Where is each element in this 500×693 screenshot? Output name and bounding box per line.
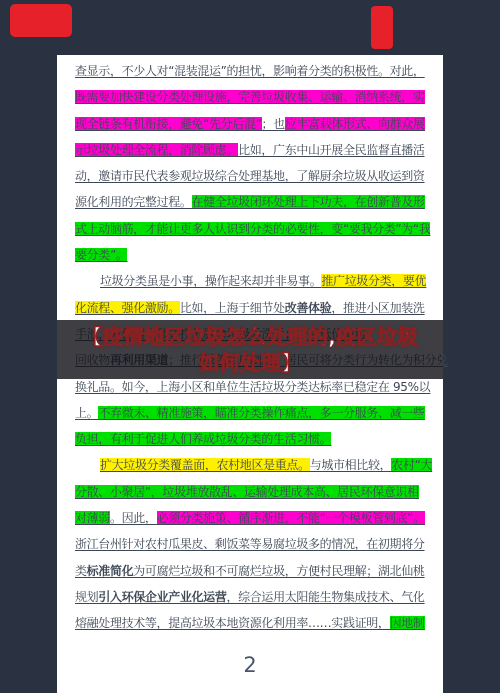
text-segment: ，推进小区加装洗 [331, 301, 424, 315]
viewer-canvas: 查显示，不少人对“混装混运”的担忧，影响着分类的积极性。对此，既需要加快建设分类… [0, 0, 500, 693]
text-segment: 换礼品。如今，上海小区和单位生活垃圾分类达标率已稳定在 95%以 [75, 380, 430, 394]
text-line: 对薄弱。因此，必须分类施策、循序渐进，不能“一个模板管到底”。 [75, 505, 426, 531]
text-line: 类标准简化为可腐烂垃圾和不可腐烂垃圾，方便村民理解；湖北仙桃 [75, 558, 426, 584]
watermark-overlay: 【疫情地区垃圾怎么处理的,疫区垃圾 如何处理】 [57, 320, 443, 379]
page-number: 2 [57, 653, 443, 677]
text-segment: 浙江台州针对农村瓜果皮、剩饭菜等易腐垃圾多的情况，在初期将分 [75, 537, 425, 551]
text-segment: 对薄弱 [75, 511, 110, 525]
text-segment: 不弃微末、精准施策，瞄准分类操作痛点，多一分服务、减一些 [98, 406, 424, 420]
text-segment: 农村“大 [391, 458, 432, 472]
document-page: 查显示，不少人对“混装混运”的担忧，影响着分类的积极性。对此，既需要加快建设分类… [57, 55, 443, 693]
text-segment: 负担，有利于促进人们养成垃圾分类的生活习惯。 [75, 432, 331, 446]
text-segment: 为可腐烂垃圾和不可腐烂垃圾，方便村民理解；湖北仙桃 [133, 564, 424, 578]
text-segment: 现全链条有机衔接，避免“先分后混” [75, 117, 262, 131]
text-segment: 要分类”。 [75, 248, 127, 262]
text-segment: 扩大垃圾分类覆盖面，农村地区是重点。 [100, 458, 310, 472]
text-line: 式上动脑筋，才能让更多人认识到分类的必要性，变“要我分类”为“我 [75, 216, 426, 242]
text-line: 负担，有利于促进人们养成垃圾分类的生活习惯。 [75, 426, 426, 452]
text-line: 既需要加快建设分类处理设施，完善垃圾收集、运输、消纳系统，实 [75, 84, 426, 110]
text-segment: 垃圾分类虽是小事，操作起来却并非易事。 [100, 274, 321, 288]
text-line: 现全链条有机衔接，避免“先分后混”；也应丰富载体形式、向群众展 [75, 111, 426, 137]
text-segment: 熔融处理技术等，提高垃圾本地资源化利用率……实践证明， [75, 616, 390, 630]
text-line: 浙江台州针对农村瓜果皮、剩饭菜等易腐垃圾多的情况，在初期将分 [75, 531, 426, 557]
text-line: 动，邀请市民代表参观垃圾综合处理基地，了解厨余垃圾从收运到资 [75, 163, 426, 189]
text-segment: 在健全垃圾闭环处理上下功夫，在创新普及形 [192, 195, 425, 209]
watermark-title-line1: 【疫情地区垃圾怎么处理的,疫区垃圾 [82, 324, 418, 350]
text-segment: 必须分类施策、循序渐进，不能“一个模板管到底”。 [157, 511, 425, 525]
text-line: 上。不弃微末、精准施策，瞄准分类操作痛点，多一分服务、减一些 [75, 400, 426, 426]
text-line: 规划引入环保企业产业化运营，综合运用太阳能生物集成技术、气化 [75, 584, 426, 610]
text-segment: 动，邀请市民代表参观垃圾综合处理基地，了解厨余垃圾从收运到资 [75, 169, 425, 183]
text-segment: 引入环保企业产业化运营 [98, 590, 226, 604]
text-segment: 比如，上海于细节处 [180, 301, 285, 315]
text-segment: ；也 [262, 117, 285, 131]
text-segment: 。因此， [110, 511, 157, 525]
text-segment: 示垃圾处理全流程，消除顾虑。 [75, 143, 238, 157]
text-line: 扩大垃圾分类覆盖面，农村地区是重点。与城市相比较，农村“大 [75, 452, 426, 478]
text-segment: 类 [75, 564, 87, 578]
text-line: 熔融处理技术等，提高垃圾本地资源化利用率……实践证明，因地制 [75, 610, 426, 636]
text-segment: 分散、小聚居”，垃圾堆放散乱、运输处理成本高、居民环保意识相 [75, 485, 419, 499]
text-segment: 既需要加快建设分类处理设施，完善垃圾收集、运输、消纳系统，实 [75, 90, 425, 104]
text-segment: 规划 [75, 590, 98, 604]
text-segment: 查显示，不少人对“混装混运”的担忧，影响着分类的积极性。对此， [75, 64, 425, 78]
red-tab-top-right-icon [371, 6, 393, 49]
text-segment: 应丰富载体形式、向群众展 [285, 117, 425, 131]
text-line: 要分类”。 [75, 242, 426, 268]
text-segment: 与城市相比较， [310, 458, 392, 472]
text-segment: 化流程、强化激励。 [75, 301, 180, 315]
text-segment: 源化利用的完整过程。 [75, 195, 192, 209]
text-line: 示垃圾处理全流程，消除顾虑。比如，广东中山开展全民监督直播活 [75, 137, 426, 163]
text-line: 源化利用的完整过程。在健全垃圾闭环处理上下功夫，在创新普及形 [75, 189, 426, 215]
text-segment: 比如，广东中山开展全民监督直播活 [238, 143, 424, 157]
text-segment: 改善体验 [285, 301, 332, 315]
text-line: 垃圾分类虽是小事，操作起来却并非易事。推广垃圾分类，要优 [75, 268, 426, 294]
text-segment: 推广垃圾分类，要优 [321, 274, 426, 288]
text-line: 分散、小聚居”，垃圾堆放散乱、运输处理成本高、居民环保意识相 [75, 479, 426, 505]
text-segment: 因地制 [390, 616, 425, 630]
red-corner-top-left-icon [10, 4, 72, 37]
text-segment: 标准简化 [87, 564, 134, 578]
text-line: 查显示，不少人对“混装混运”的担忧，影响着分类的积极性。对此， [75, 58, 426, 84]
text-line: 化流程、强化激励。比如，上海于细节处改善体验，推进小区加装洗 [75, 295, 426, 321]
text-segment: ，综合运用太阳能生物集成技术、气化 [226, 590, 424, 604]
text-segment: 上。 [75, 406, 98, 420]
text-segment: 式上动脑筋，才能让更多人认识到分类的必要性，变“要我分类”为“我 [75, 222, 430, 236]
watermark-title-line2: 如何处理】 [199, 350, 302, 376]
